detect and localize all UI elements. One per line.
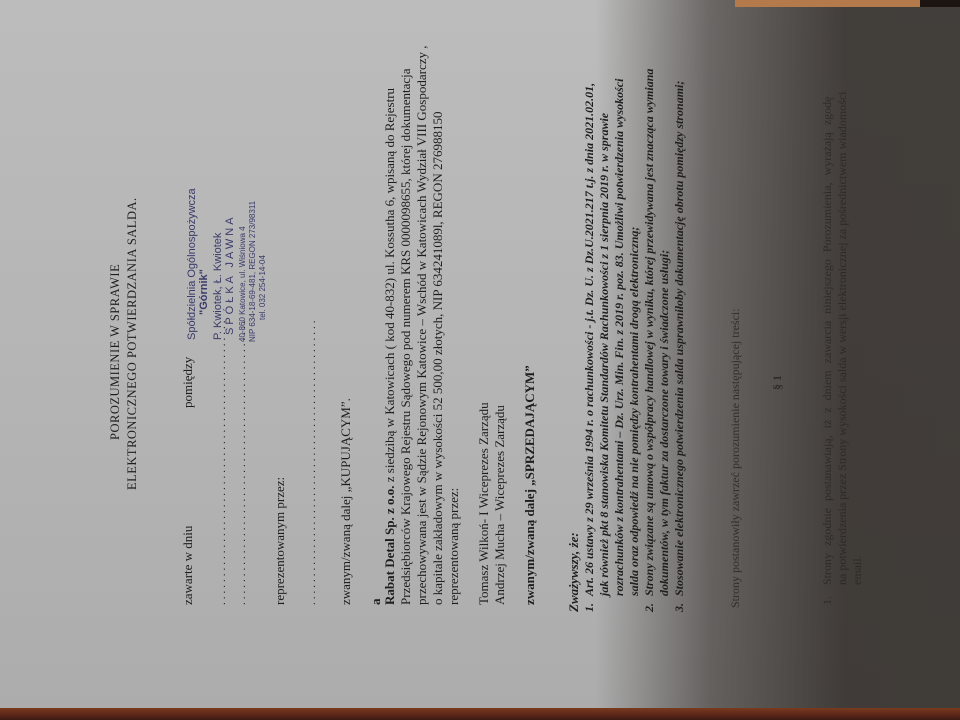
- represented-by-label: reprezentowanym przez:: [272, 477, 287, 605]
- whereas-1-line1: Art. 26 ustawy z 29 września 1994 r. o r…: [582, 83, 597, 596]
- stamp-line1: Spółdzielnia Ogólnospożywcza: [186, 188, 198, 340]
- whereas-3-line1: Stosowanie elektronicznego potwierdzenia…: [672, 81, 687, 596]
- doc-title-line2: ELEKTRONICZNEGO POTWIERDZANIA SALDA.: [125, 197, 140, 490]
- and-label: a: [368, 599, 383, 606]
- buyer-clause: zwanym/zwaną dalej „KUPUJĄCYM”.: [338, 398, 353, 605]
- seller-clause: zwanym/zwaną dalej „SPRZEDAJĄCYM”: [522, 365, 537, 605]
- whereas-1-line3: rozrachunków z kontrahentami – Dz. Urz. …: [612, 79, 627, 596]
- stamp-line7: tel. 032 254-14-04: [258, 255, 267, 320]
- whereas-1-line4: salda oraz odpowiedź na nie pomiędzy kon…: [627, 227, 642, 596]
- clause1-num: 1.: [820, 596, 835, 605]
- agreement-intro: Strony postanowiły zawrzeć porozumienie …: [728, 308, 743, 608]
- whereas-1-num: 1.: [582, 603, 597, 612]
- rotated-document-page: POROZUMIENIE W SPRAWIE ELEKTRONICZNEGO P…: [0, 0, 960, 720]
- seller-clause-text: zwanym/zwaną dalej „SPRZEDAJĄCYM”: [522, 365, 537, 605]
- seller-line-2: Przedsiębiorców Krajowego Rejestru Sądow…: [398, 69, 413, 606]
- clause1-line3: email.: [850, 555, 865, 585]
- representative-1: Tomasz Wilkoń- I Wiceprezes Zarządu: [476, 402, 491, 605]
- whereas-2-line1: Strony związane są umową o współpracy ha…: [642, 69, 657, 596]
- blank-line-2: ........................................…: [235, 318, 250, 606]
- representative-2: Andrzej Mucha – Wiceprezes Zarządu: [492, 405, 507, 605]
- stamp-line2: "Górnik": [198, 269, 210, 315]
- whereas-1-line2: jak również pkt 8 stanowiska Komitetu St…: [597, 113, 612, 596]
- seller-line-1: Rabat Detal Sp. z o.o. z siedzibą w Kato…: [382, 88, 397, 605]
- clause1-line1: Strony zgodnie postanawiają, iż z dniem …: [820, 97, 835, 586]
- seller-line-3: przechowywana jest w Sądzie Rejonowym Ka…: [414, 46, 429, 606]
- blank-line-1: ........................................…: [215, 318, 230, 606]
- between-label: pomiędzy: [180, 357, 195, 408]
- blank-line-3: ........................................…: [305, 318, 320, 606]
- concluded-on-label: zawarte w dniu: [180, 526, 195, 605]
- whereas-heading: Zważywszy, że:: [566, 532, 581, 612]
- whereas-2-line2: dokumentów, w tym faktur za dostarczone …: [657, 250, 672, 596]
- clause1-line2: na potwierdzenia przez Strony wysokości …: [835, 91, 850, 585]
- seller-line-1-text: z siedzibą w Katowicach ( kod 40-832) ul…: [382, 88, 397, 486]
- seller-line-4: o kapitale zakładowym w wysokości 52 500…: [430, 112, 445, 605]
- whereas-3-num: 3.: [672, 603, 687, 612]
- section-mark: § 1: [770, 375, 785, 390]
- whereas-2-num: 2.: [642, 603, 657, 612]
- seller-line-5: reprezentowaną przez:: [446, 488, 461, 605]
- seller-company-name: Rabat Detal Sp. z o.o.: [382, 485, 397, 605]
- doc-title-line1: POROZUMIENIE W SPRAWIE: [108, 264, 123, 440]
